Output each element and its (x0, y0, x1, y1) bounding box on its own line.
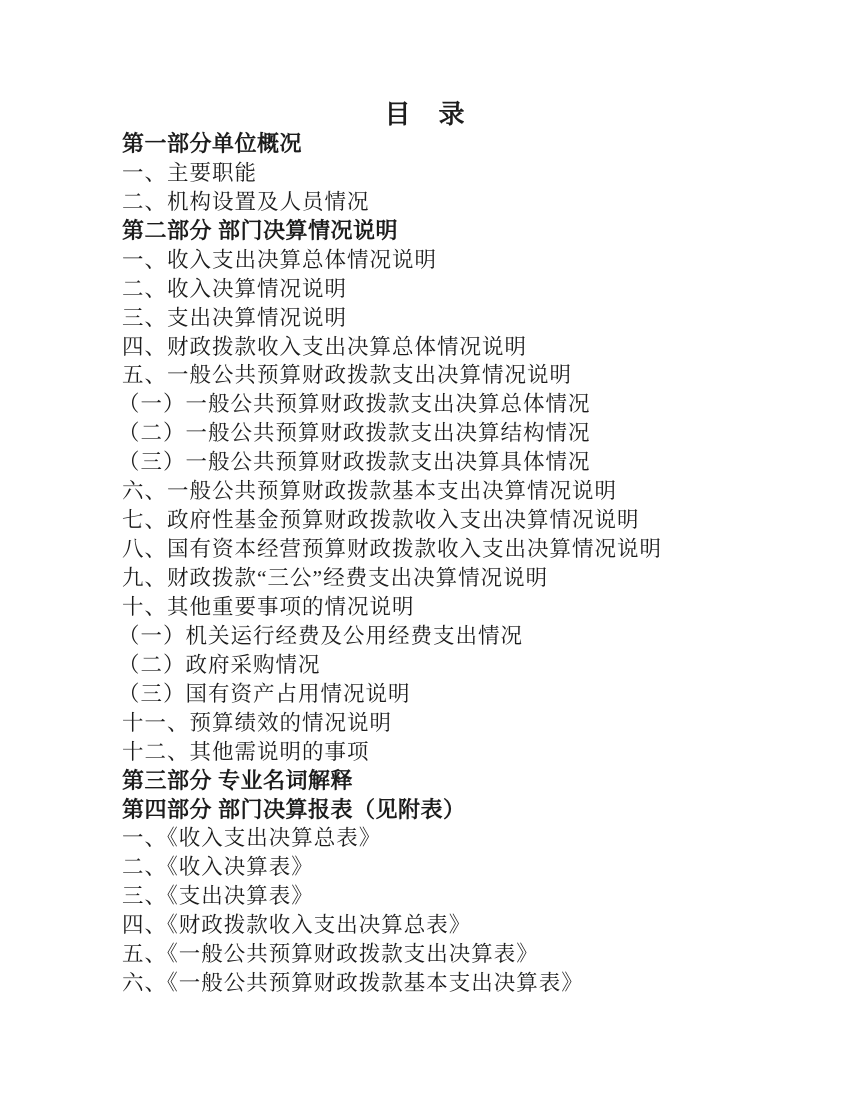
toc-item: 四、《财政拨款收入支出决算总表》 (0, 911, 850, 940)
document-page: 目 录 第一部分单位概况一、主要职能二、机构设置及人员情况第二部分 部门决算情况… (0, 0, 850, 1100)
toc-subitem: （二）一般公共预算财政拨款支出决算结构情况 (0, 419, 850, 448)
toc-subitem: （一）机关运行经费及公用经费支出情况 (0, 622, 850, 651)
toc-item: 十一、预算绩效的情况说明 (0, 709, 850, 738)
toc-item: 九、财政拨款“三公”经费支出决算情况说明 (0, 564, 850, 593)
toc-heading: 第三部分 专业名词解释 (0, 767, 850, 796)
toc-item: 二、收入决算情况说明 (0, 275, 850, 304)
toc-item: 八、国有资本经营预算财政拨款收入支出决算情况说明 (0, 535, 850, 564)
toc-item: 六、一般公共预算财政拨款基本支出决算情况说明 (0, 477, 850, 506)
toc-item: 二、《收入决算表》 (0, 853, 850, 882)
toc-item: 七、政府性基金预算财政拨款收入支出决算情况说明 (0, 506, 850, 535)
toc-item: 五、《一般公共预算财政拨款支出决算表》 (0, 940, 850, 969)
table-of-contents: 目 录 第一部分单位概况一、主要职能二、机构设置及人员情况第二部分 部门决算情况… (0, 101, 850, 998)
page-title: 目 录 (0, 101, 850, 130)
toc-heading: 第一部分单位概况 (0, 130, 850, 159)
toc-subitem: （一）一般公共预算财政拨款支出决算总体情况 (0, 390, 850, 419)
toc-item: 一、主要职能 (0, 159, 850, 188)
toc-subitem: （三）国有资产占用情况说明 (0, 680, 850, 709)
toc-item: 一、《收入支出决算总表》 (0, 824, 850, 853)
toc-item: 六、《一般公共预算财政拨款基本支出决算表》 (0, 969, 850, 998)
toc-line-list: 第一部分单位概况一、主要职能二、机构设置及人员情况第二部分 部门决算情况说明一、… (0, 130, 850, 998)
toc-item: 十二、其他需说明的事项 (0, 738, 850, 767)
toc-heading: 第二部分 部门决算情况说明 (0, 217, 850, 246)
toc-item: 四、财政拨款收入支出决算总体情况说明 (0, 333, 850, 362)
toc-subitem: （三）一般公共预算财政拨款支出决算具体情况 (0, 448, 850, 477)
toc-item: 五、一般公共预算财政拨款支出决算情况说明 (0, 361, 850, 390)
toc-heading: 第四部分 部门决算报表（见附表） (0, 796, 850, 825)
toc-subitem: （二）政府采购情况 (0, 651, 850, 680)
toc-item: 一、收入支出决算总体情况说明 (0, 246, 850, 275)
toc-item: 三、支出决算情况说明 (0, 304, 850, 333)
toc-item: 二、机构设置及人员情况 (0, 188, 850, 217)
toc-item: 三、《支出决算表》 (0, 882, 850, 911)
toc-item: 十、其他重要事项的情况说明 (0, 593, 850, 622)
